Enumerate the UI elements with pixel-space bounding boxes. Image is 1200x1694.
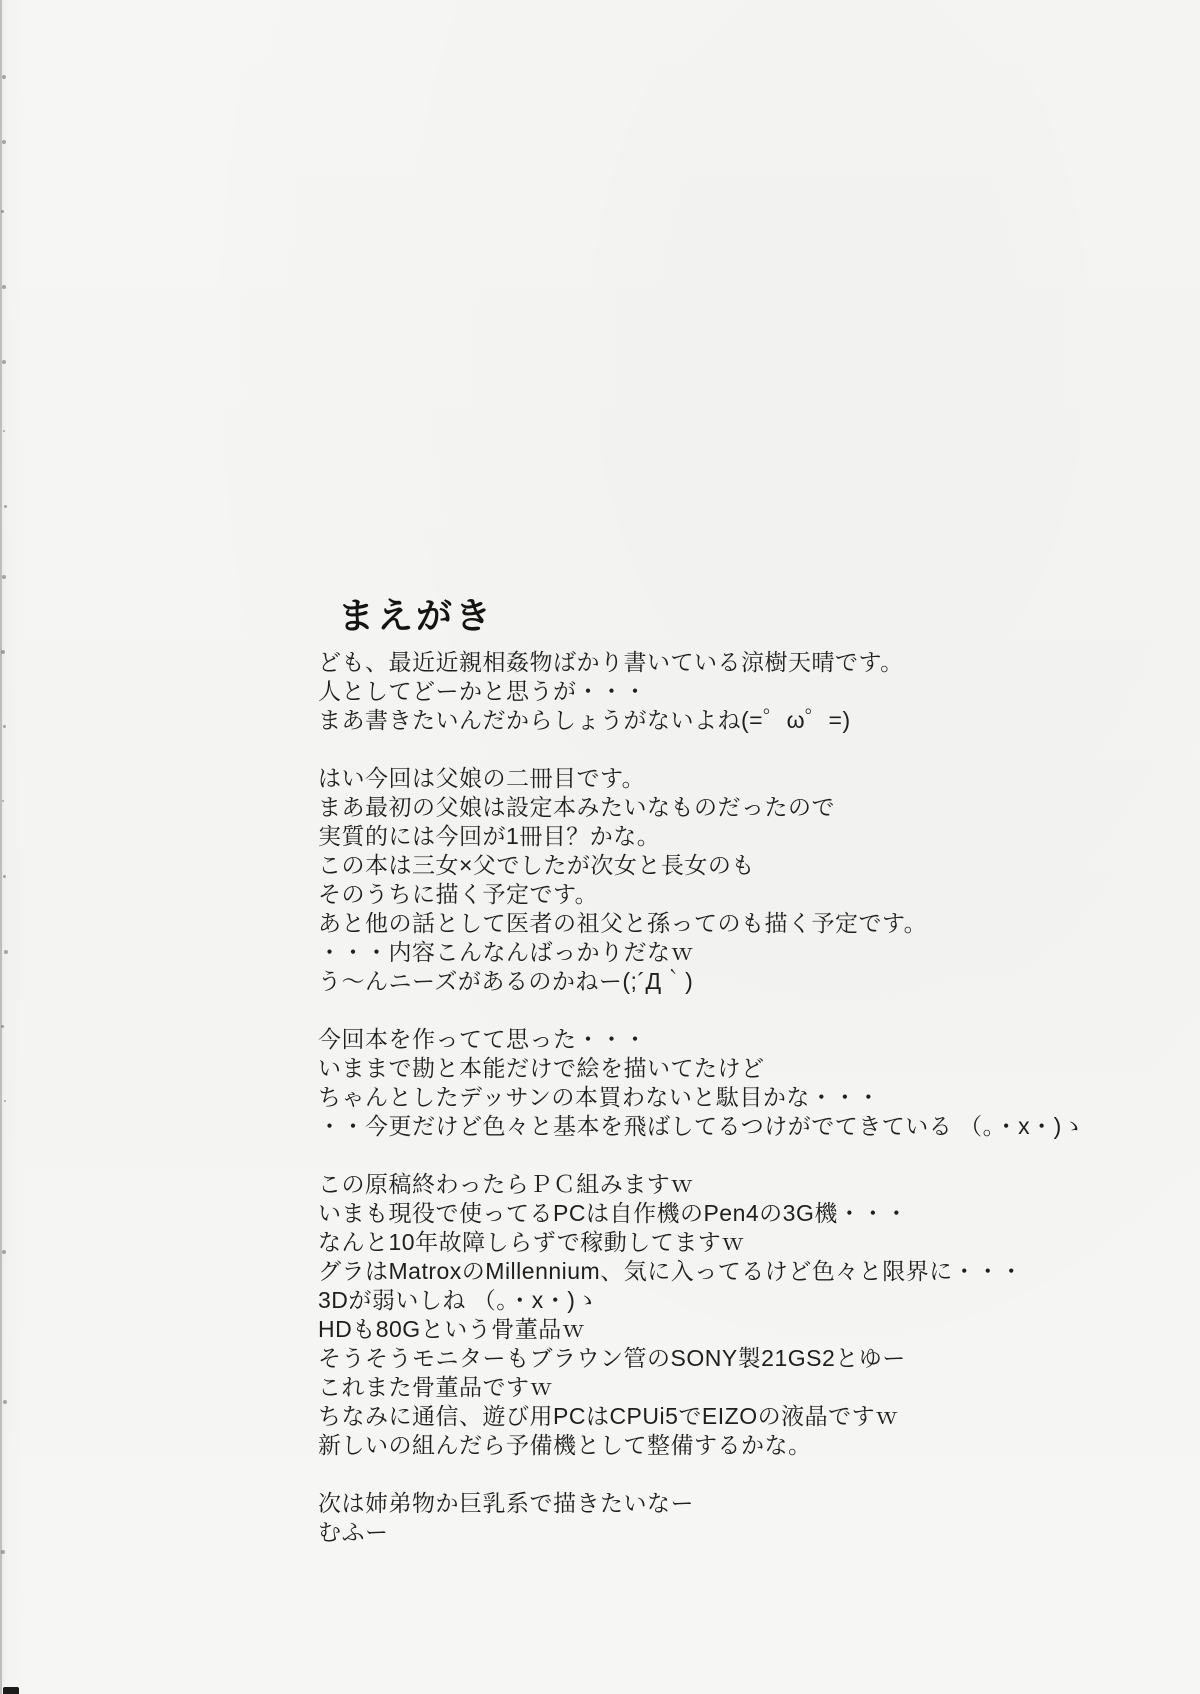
preface-body: ども、最近近親相姦物ばかり書いている涼樹天晴です。人としてどーかと思うが・・・ま… (318, 648, 1128, 1547)
text-line: はい今回は父娘の二冊目です。 (318, 764, 1128, 793)
text-line: まあ書きたいんだからしょうがないよね(=゜ω゜=) (318, 706, 1128, 735)
scan-speckle (2, 1250, 6, 1254)
text-line: この本は三女×父でしたが次女と長女のも (318, 851, 1128, 880)
scan-speckle (1, 210, 4, 213)
preface-section: まえがき ども、最近近親相姦物ばかり書いている涼樹天晴です。人としてどーかと思う… (318, 596, 1128, 1576)
scan-speckle (2, 800, 4, 802)
text-line: HDも80Gという骨董品ｗ (318, 1315, 1128, 1344)
text-line: まあ最初の父娘は設定本みたいなものだったので (318, 793, 1128, 822)
scan-speckle (2, 360, 6, 364)
page-title: まえがき (338, 596, 1128, 636)
text-line: 実質的には今回が1冊目？かな。 (318, 822, 1128, 851)
text-line: むふー (318, 1518, 1128, 1547)
text-line: そのうちに描く予定です。 (318, 880, 1128, 909)
paragraph: 次は姉弟物か巨乳系で描きたいなーむふー (318, 1489, 1128, 1547)
paragraph: はい今回は父娘の二冊目です。まあ最初の父娘は設定本みたいなものだったので実質的に… (318, 764, 1128, 996)
text-line: 次は姉弟物か巨乳系で描きたいなー (318, 1489, 1128, 1518)
text-line: 今回本を作ってて思った・・・ (318, 1025, 1128, 1054)
scan-speckle (4, 1100, 6, 1102)
paragraph: ども、最近近親相姦物ばかり書いている涼樹天晴です。人としてどーかと思うが・・・ま… (318, 648, 1128, 735)
text-line: なんと10年故障しらずで稼動してますｗ (318, 1228, 1128, 1257)
scan-speckle (1, 650, 5, 654)
scan-speckle (1, 1550, 5, 1554)
text-line: ちゃんとしたデッサンの本買わないと駄目かな・・・ (318, 1083, 1128, 1112)
text-line: ちなみに通信、遊び用PCはCPUi5でEIZOの液晶ですｗ (318, 1402, 1128, 1431)
text-line: ・・・内容こんなんばっかりだなｗ (318, 938, 1128, 967)
scanned-page: { "page": { "heading": "まえがき", "colors":… (0, 0, 1200, 1694)
scan-speckle (1, 1025, 4, 1028)
text-line: この原稿終わったらＰＣ組みますｗ (318, 1170, 1128, 1199)
paragraph: 今回本を作ってて思った・・・いままで勘と本能だけで絵を描いてたけどちゃんとしたデ… (318, 1025, 1128, 1141)
text-line: いままで勘と本能だけで絵を描いてたけど (318, 1054, 1128, 1083)
scan-speckle (3, 1400, 7, 1404)
scan-speckle (4, 505, 7, 508)
scan-edge-shadow (0, 0, 2, 1694)
text-line: グラはMatroxのMillennium、気に入ってるけど色々と限界に・・・ (318, 1257, 1128, 1286)
text-line: う～んニーズがあるのかねー(;´Д｀) (318, 967, 1128, 996)
scan-speckle (3, 875, 6, 878)
paragraph: この原稿終わったらＰＣ組みますｗいまも現役で使ってるPCは自作機のPen4の3G… (318, 1170, 1128, 1460)
text-line: 人としてどーかと思うが・・・ (318, 677, 1128, 706)
text-line: 新しいの組んだら予備機として整備するかな。 (318, 1431, 1128, 1460)
text-line: そうそうモニターもブラウン管のSONY製21GS2とゆー (318, 1344, 1128, 1373)
text-line: ども、最近近親相姦物ばかり書いている涼樹天晴です。 (318, 648, 1128, 677)
text-line: 3Dが弱いしね （。・x・)ゝ (318, 1286, 1128, 1315)
scan-speckle (4, 950, 8, 954)
scan-speckle (2, 285, 6, 289)
scan-speckle (3, 430, 5, 432)
scan-speckle (3, 725, 6, 728)
text-line: あと他の話として医者の祖父と孫ってのも描く予定です。 (318, 909, 1128, 938)
scan-speckle (2, 140, 6, 144)
text-line: ・・今更だけど色々と基本を飛ばしてるつけがでてきている （。・x・)ゝ (318, 1112, 1128, 1141)
scan-speckle (2, 575, 6, 579)
text-line: これまた骨董品ですｗ (318, 1373, 1128, 1402)
text-line: いまも現役で使ってるPCは自作機のPen4の3G機・・・ (318, 1199, 1128, 1228)
scan-speckle (2, 75, 6, 79)
scan-corner-mark (3, 1687, 19, 1694)
